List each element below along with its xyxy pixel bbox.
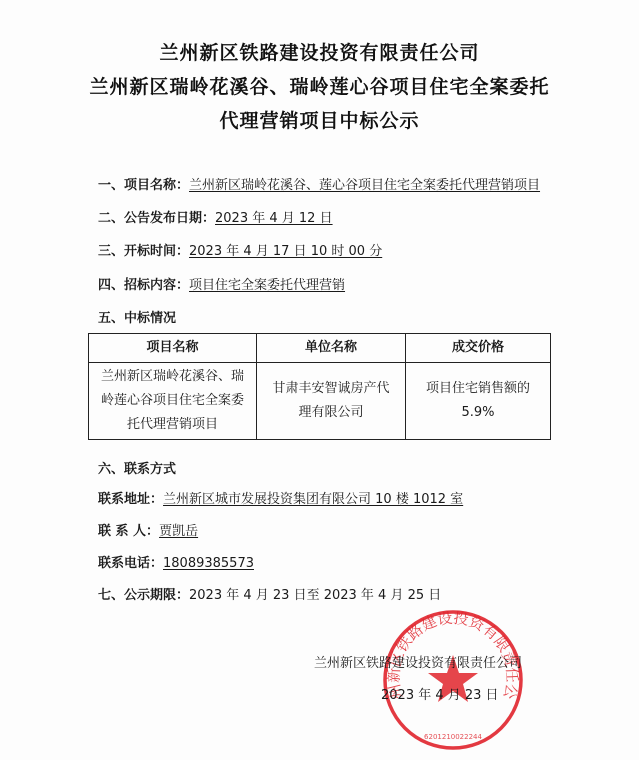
bid-open-time-value: 2023 年 4 月 17 日 10 时 00 分 [189,244,382,259]
contact-heading-label: 六、联系方式 [98,462,176,477]
contact-address-line: 联系地址：兰州新区城市发展投资集团有限公司 10 楼 1012 室 [98,488,463,507]
award-heading: 五、中标情况 [98,307,176,326]
contact-person-value: 贾凯岳 [159,524,198,539]
publish-date-label: 二、公告发布日期： [98,211,215,226]
table-row: 兰州新区瑞岭花溪谷、瑞岭莲心谷项目住宅全案委托代理营销项目 甘肃丰安智诚房产代理… [89,363,551,440]
signature-company: 兰州新区铁路建设投资有限责任公司 [314,652,522,671]
column-header-company: 单位名称 [257,334,406,363]
project-name-value: 兰州新区瑞岭花溪谷、莲心谷项目住宅全案委托代理营销项目 [189,178,540,193]
table-header-row: 项目名称 单位名称 成交价格 [89,334,551,363]
bid-open-time-label: 三、开标时间： [98,244,189,259]
seal-code: 6201210022244 [424,733,482,741]
signature-date: 2023 年 4 月 23 日 [381,684,499,703]
title-line-1: 兰州新区铁路建设投资有限责任公司 [0,38,639,65]
contact-address-label: 联系地址： [98,492,163,507]
contact-address-value: 兰州新区城市发展投资集团有限公司 10 楼 1012 室 [163,492,463,507]
publish-date-value: 2023 年 4 月 12 日 [215,211,333,226]
bid-content-value: 项目住宅全案委托代理营销 [189,278,345,293]
notice-period-line: 七、公示期限：2023 年 4 月 23 日至 2023 年 4 月 25 日 [98,584,441,603]
project-name-label: 一、项目名称： [98,178,189,193]
cell-company: 甘肃丰安智诚房产代理有限公司 [257,363,406,440]
contact-heading: 六、联系方式 [98,458,176,477]
cell-project: 兰州新区瑞岭花溪谷、瑞岭莲心谷项目住宅全案委托代理营销项目 [89,363,257,440]
bid-content-line: 四、招标内容：项目住宅全案委托代理营销 [98,274,345,293]
notice-period-value: 2023 年 4 月 23 日至 2023 年 4 月 25 日 [189,588,441,603]
bid-open-time-line: 三、开标时间：2023 年 4 月 17 日 10 时 00 分 [98,240,382,259]
bid-content-label: 四、招标内容： [98,278,189,293]
contact-phone-label: 联系电话： [98,556,163,571]
publish-date-line: 二、公告发布日期：2023 年 4 月 12 日 [98,207,333,226]
award-heading-label: 五、中标情况 [98,311,176,326]
column-header-price: 成交价格 [406,334,551,363]
column-header-project: 项目名称 [89,334,257,363]
contact-person-label: 联 系 人： [98,524,159,539]
contact-phone-value: 18089385573 [163,556,254,571]
price-line-2: 5.9% [412,401,544,425]
title-line-2: 兰州新区瑞岭花溪谷、瑞岭莲心谷项目住宅全案委托 [0,72,639,99]
contact-person-line: 联 系 人：贾凯岳 [98,520,198,539]
contact-phone-line: 联系电话：18089385573 [98,552,254,571]
company-seal-icon: 兰州新区铁路建设投资有限责任公司 6201210022244 [380,607,526,753]
price-line-1: 项目住宅销售额的 [412,377,544,401]
notice-period-label: 七、公示期限： [98,588,189,603]
title-line-3: 代理营销项目中标公示 [0,106,639,133]
project-name-line: 一、项目名称：兰州新区瑞岭花溪谷、莲心谷项目住宅全案委托代理营销项目 [98,174,540,193]
cell-price: 项目住宅销售额的 5.9% [406,363,551,440]
award-table: 项目名称 单位名称 成交价格 兰州新区瑞岭花溪谷、瑞岭莲心谷项目住宅全案委托代理… [88,333,551,440]
